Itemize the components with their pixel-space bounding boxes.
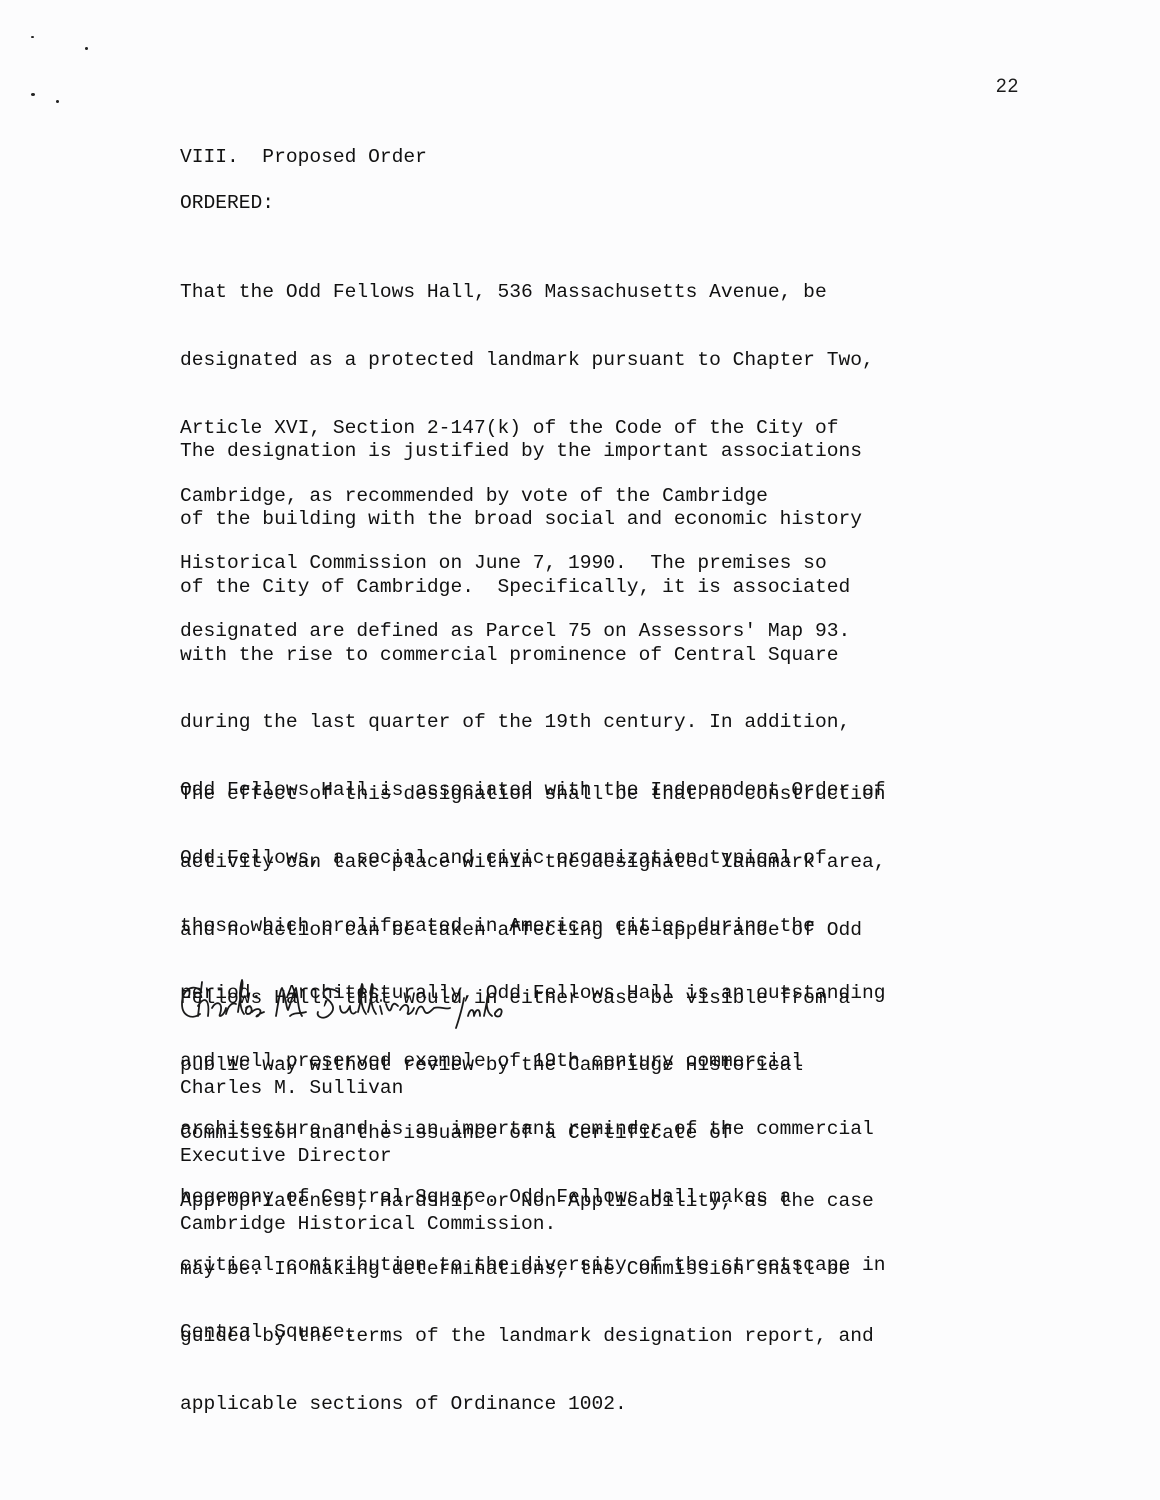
text-line: during the last quarter of the 19th cent… (180, 711, 886, 734)
scan-speck (56, 100, 59, 103)
text-line: designated as a protected landmark pursu… (180, 349, 874, 372)
text-line: The effect of this designation shall be … (180, 783, 886, 806)
text-line: guided by the terms of the landmark desi… (180, 1325, 886, 1348)
text-line: of the City of Cambridge. Specifically, … (180, 576, 886, 599)
scan-speck (31, 93, 35, 96)
scan-speck (31, 36, 34, 38)
text-line: The designation is justified by the impo… (180, 440, 886, 463)
page-number: 22 (996, 76, 1019, 98)
signer-organization: Cambridge Historical Commission. (180, 1213, 556, 1236)
text-line: with the rise to commercial prominence o… (180, 644, 886, 667)
text-line: applicable sections of Ordinance 1002. (180, 1393, 886, 1416)
text-line: of the building with the broad social an… (180, 508, 886, 531)
scan-speck (85, 47, 88, 50)
signer-name: Charles M. Sullivan (180, 1077, 556, 1100)
text-line: and no action can be taken affecting the… (180, 919, 886, 942)
text-line: activity can take place within the desig… (180, 851, 886, 874)
text-line: That the Odd Fellows Hall, 536 Massachus… (180, 281, 874, 304)
signature-block: Charles M. Sullivan Executive Director C… (180, 1032, 556, 1281)
document-page: 22 VIII. Proposed Order ORDERED: That th… (0, 0, 1160, 1500)
signer-title: Executive Director (180, 1145, 556, 1168)
section-heading: VIII. Proposed Order (180, 146, 427, 169)
ordered-label: ORDERED: (180, 192, 274, 215)
